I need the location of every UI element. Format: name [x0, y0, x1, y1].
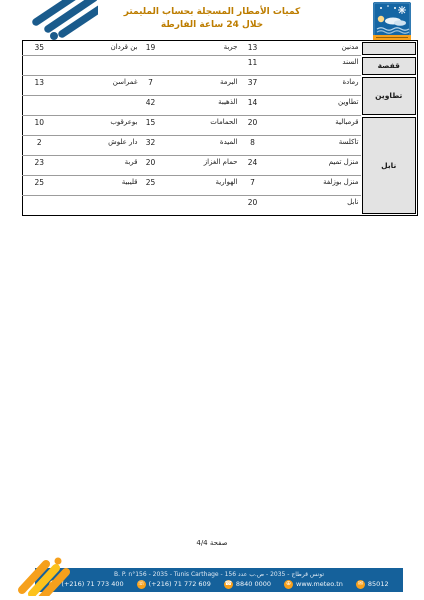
- table-row: نابلقرمبالية20الحمامات15بوعرقوب10: [23, 116, 418, 136]
- station-name-cell: تاكلسة: [266, 136, 361, 156]
- region-cell: نابل: [361, 116, 418, 216]
- region-label: قفصة: [362, 57, 417, 75]
- footer-contact-text: www.meteo.tn: [296, 581, 343, 588]
- station-value-cell: 2: [23, 136, 56, 156]
- footer-contact-text: 85012: [368, 581, 389, 588]
- station-value-cell: 15: [140, 116, 162, 136]
- station-value-cell: 14: [240, 96, 266, 116]
- document-title-line1: كميات الأمطار المسجلة بحساب المليمتر: [0, 6, 424, 19]
- station-name-cell: السند: [266, 56, 361, 76]
- station-value-cell: 35: [23, 41, 56, 56]
- station-value-cell: [140, 196, 162, 216]
- fax-icon: ☏: [137, 580, 146, 589]
- table-row: منزل بوزلفة7الهوارية25قليبية25: [23, 176, 418, 196]
- station-value-cell: 7: [140, 76, 162, 96]
- station-value-cell: 19: [140, 41, 162, 56]
- station-value-cell: 20: [140, 156, 162, 176]
- station-value-cell: 8: [240, 136, 266, 156]
- region-label: نابل: [362, 117, 417, 215]
- callcenter-contact: ☎8840 0000: [224, 580, 271, 589]
- station-name-cell: غمراسن: [56, 76, 140, 96]
- station-name-cell: [56, 196, 140, 216]
- station-name-cell: مدنين: [266, 41, 361, 56]
- station-value-cell: 42: [140, 96, 162, 116]
- table-row: قفصةالسند11: [23, 56, 418, 76]
- station-value-cell: 7: [240, 176, 266, 196]
- sms-icon: ✉: [356, 580, 365, 589]
- document-title-line2: خلال 24 ساعة الفارطة: [0, 19, 424, 32]
- footer-contact-text: (+216) 71 773 400: [61, 581, 123, 588]
- rainfall-table: مدنين13جربة19بن قردان35قفصةالسند11تطاوين…: [22, 40, 417, 215]
- footer-address: B. P. n°156 - 2035 - Tunis Carthage - تو…: [114, 572, 324, 578]
- station-name-cell: [162, 56, 240, 76]
- region-label: [362, 42, 417, 55]
- document-page: كميات الأمطار المسجلة بحساب المليمتر خلا…: [0, 0, 424, 600]
- station-name-cell: قربة: [56, 156, 140, 176]
- region-cell: تطاوين: [361, 76, 418, 116]
- region-cell: قفصة: [361, 56, 418, 76]
- table-row: تاكلسة8الميدة32دار علوش2: [23, 136, 418, 156]
- region-cell: [361, 41, 418, 56]
- station-value-cell: 13: [240, 41, 266, 56]
- station-value-cell: [23, 56, 56, 76]
- station-name-cell: [56, 56, 140, 76]
- region-label: تطاوين: [362, 77, 417, 115]
- callcenter-icon: ☎: [224, 580, 233, 589]
- station-value-cell: [23, 196, 56, 216]
- station-name-cell: الهوارية: [162, 176, 240, 196]
- station-value-cell: 23: [23, 156, 56, 176]
- page-number: صفحة 4/4: [0, 539, 424, 547]
- station-name-cell: رمادة: [266, 76, 361, 96]
- orange-swoosh-icon: [16, 552, 70, 596]
- station-name-cell: قليبية: [56, 176, 140, 196]
- footer-contact-text: (+216) 71 772 609: [149, 581, 211, 588]
- station-name-cell: منزل تميم: [266, 156, 361, 176]
- weather-logo-icon: [373, 2, 411, 40]
- globe-contact: ⊕www.meteo.tn: [284, 580, 343, 589]
- station-name-cell: دار علوش: [56, 136, 140, 156]
- station-value-cell: 25: [140, 176, 162, 196]
- station-name-cell: منزل بوزلفة: [266, 176, 361, 196]
- station-value-cell: 37: [240, 76, 266, 96]
- station-value-cell: 25: [23, 176, 56, 196]
- station-value-cell: 10: [23, 116, 56, 136]
- station-value-cell: 13: [23, 76, 56, 96]
- footer-contact-text: 8840 0000: [236, 581, 271, 588]
- fax-contact: ☏(+216) 71 772 609: [137, 580, 211, 589]
- station-name-cell: الميدة: [162, 136, 240, 156]
- footer-bar: B. P. n°156 - 2035 - Tunis Carthage - تو…: [35, 568, 403, 592]
- station-name-cell: الحمامات: [162, 116, 240, 136]
- rainfall-table-grid: مدنين13جربة19بن قردان35قفصةالسند11تطاوين…: [22, 40, 418, 216]
- station-value-cell: 11: [240, 56, 266, 76]
- footer-stripes-logo: [16, 552, 70, 596]
- station-value-cell: 20: [240, 196, 266, 216]
- station-value-cell: 24: [240, 156, 266, 176]
- footer-contacts: ☎(+216) 71 773 400☏(+216) 71 772 609☎884…: [49, 580, 388, 589]
- station-value-cell: [23, 96, 56, 116]
- inm-weather-logo: [373, 2, 411, 40]
- station-name-cell: [162, 196, 240, 216]
- table-row: مدنين13جربة19بن قردان35: [23, 41, 418, 56]
- station-name-cell: بن قردان: [56, 41, 140, 56]
- station-name-cell: قرمبالية: [266, 116, 361, 136]
- station-name-cell: تطاوين: [266, 96, 361, 116]
- table-row: تطاوين14الذهيبة42: [23, 96, 418, 116]
- station-name-cell: جربة: [162, 41, 240, 56]
- station-value-cell: 32: [140, 136, 162, 156]
- station-name-cell: [56, 96, 140, 116]
- table-row: تطاوينرمادة37البرمة7غمراسن13: [23, 76, 418, 96]
- sms-contact: ✉85012: [356, 580, 389, 589]
- station-name-cell: البرمة: [162, 76, 240, 96]
- station-name-cell: حمام الغزاز: [162, 156, 240, 176]
- table-row: نابل20: [23, 196, 418, 216]
- station-name-cell: نابل: [266, 196, 361, 216]
- table-row: منزل تميم24حمام الغزاز20قربة23: [23, 156, 418, 176]
- globe-icon: ⊕: [284, 580, 293, 589]
- station-name-cell: الذهيبة: [162, 96, 240, 116]
- station-value-cell: 20: [240, 116, 266, 136]
- station-name-cell: بوعرقوب: [56, 116, 140, 136]
- station-value-cell: [140, 56, 162, 76]
